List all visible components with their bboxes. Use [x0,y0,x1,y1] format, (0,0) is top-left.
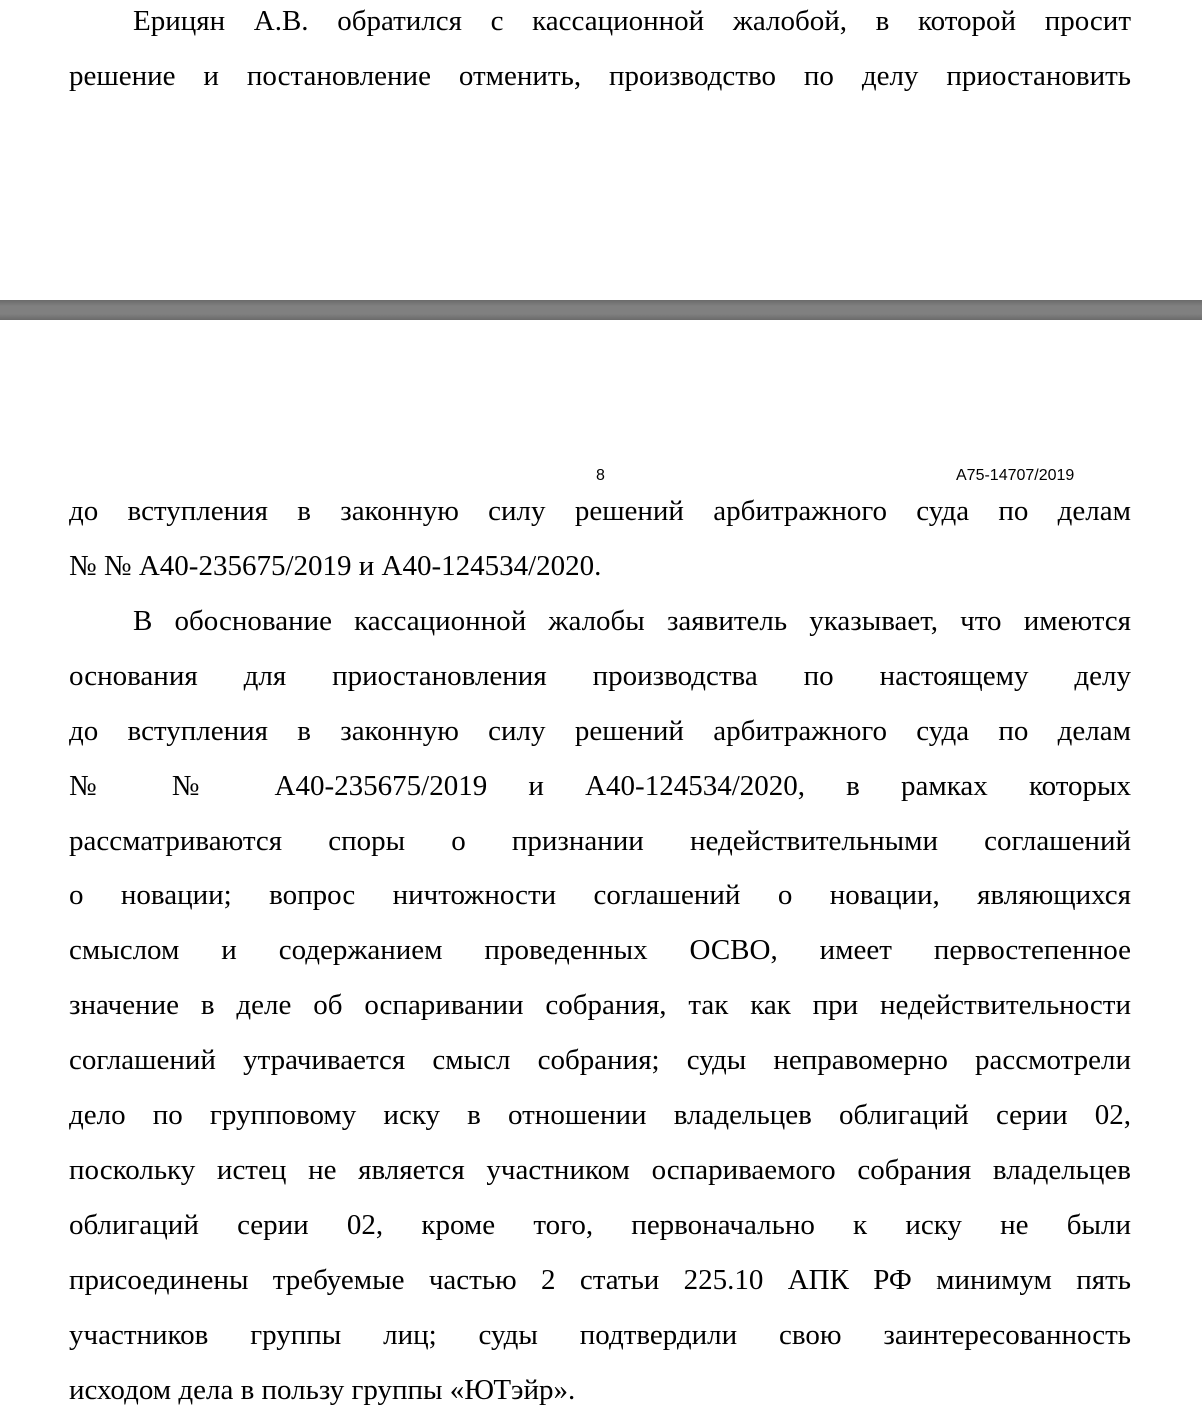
paragraph-line: исходом дела в пользу группы «ЮТэйр». [69,1373,1131,1407]
paragraph-line: смыслом и содержанием проведенных ОСВО, … [69,933,1131,967]
paragraph-line: рассматриваются споры о признании недейс… [69,824,1131,858]
paragraph-line: В обоснование кассационной жалобы заявит… [133,604,1131,638]
paragraph-line: дело по групповому иску в отношении влад… [69,1098,1131,1132]
paragraph-line: до вступления в законную силу решений ар… [69,494,1131,528]
paragraph-line: до вступления в законную силу решений ар… [69,714,1131,748]
paragraph-line: значение в деле об оспаривании собрания,… [69,988,1131,1022]
paragraph-line: решение и постановление отменить, произв… [69,59,1131,93]
document-page-8: 8 А75-14707/2019 до вступления в законну… [0,320,1202,1418]
paragraph-line: поскольку истец не является участником о… [69,1153,1131,1187]
paragraph-line: соглашений утрачивается смысл собрания; … [69,1043,1131,1077]
document-page-7-bottom: Ерицян А.В. обратился с кассационной жал… [0,0,1202,300]
page-number: 8 [596,466,605,486]
paragraph-line: участников группы лиц; суды подтвердили … [69,1318,1131,1352]
paragraph-line: основания для приостановления производст… [69,659,1131,693]
paragraph-line: облигаций серии 02, кроме того, первонач… [69,1208,1131,1242]
paragraph-line: № № А40-235675/2019 и А40-124534/2020, в… [69,769,1131,803]
paragraph-line: присоединены требуемые частью 2 статьи 2… [69,1263,1131,1297]
paragraph-line: Ерицян А.В. обратился с кассационной жал… [133,4,1131,38]
page-separator [0,300,1202,320]
paragraph-line: № № А40-235675/2019 и А40-124534/2020. [69,549,1131,583]
case-number: А75-14707/2019 [956,466,1074,486]
paragraph-line: о новации; вопрос ничтожности соглашений… [69,878,1131,912]
